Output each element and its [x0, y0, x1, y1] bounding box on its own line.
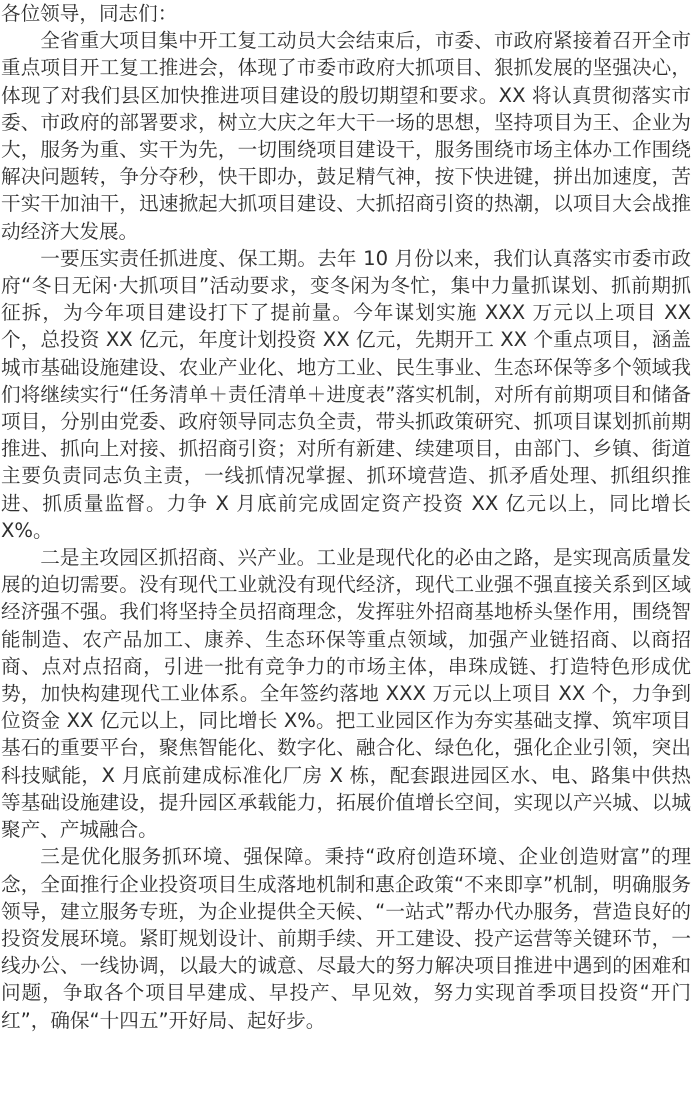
paragraph-point-one: 一要压实责任抓进度、保工期。去年 10 月份以来，我们认真落实市委市政府“冬日无…	[1, 245, 691, 544]
salutation: 各位领导，同志们：	[1, 0, 691, 27]
paragraph-point-three: 三是优化服务抓环境、强保障。秉持“政府创造环境、企业创造财富”的理念，全面推行企…	[1, 843, 691, 1033]
document-body: 各位领导，同志们： 全省重大项目集中开工复工动员大会结束后，市委、市政府紧接着召…	[0, 0, 693, 1034]
paragraph-intro: 全省重大项目集中开工复工动员大会结束后，市委、市政府紧接着召开全市重点项目开工复…	[1, 27, 691, 245]
paragraph-point-two: 二是主攻园区抓招商、兴产业。工业是现代化的必由之路，是实现高质量发展的迫切需要。…	[1, 544, 691, 843]
